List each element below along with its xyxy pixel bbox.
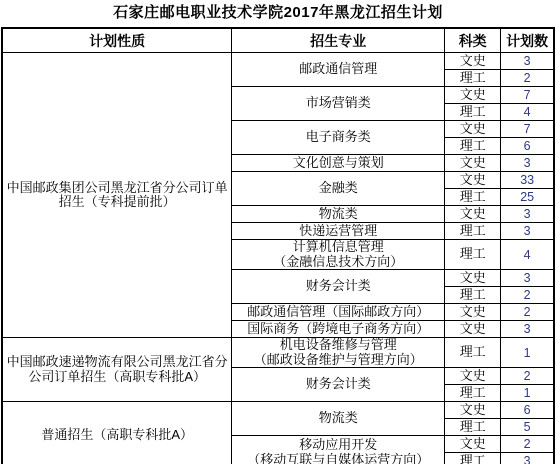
col-header-plan-count: 计划数 (501, 28, 554, 53)
subject-category-cell: 理工 (445, 104, 501, 121)
plan-count-cell: 3 (501, 321, 554, 338)
col-header-major: 招生专业 (232, 28, 445, 53)
plan-count-cell: 1 (501, 385, 554, 402)
subject-category-cell: 文史 (445, 304, 501, 321)
plan-nature-cell: 中国邮政速递物流有限公司黑龙江省分公司订单招生（高职专科批A） (2, 338, 232, 402)
subject-category-cell: 理工 (445, 189, 501, 206)
plan-count-cell: 4 (501, 240, 554, 270)
plan-count-cell: 2 (501, 70, 554, 87)
plan-count-cell: 2 (501, 436, 554, 453)
major-cell: 金融类 (232, 172, 445, 206)
plan-count-cell: 3 (501, 155, 554, 172)
major-cell: 电子商务类 (232, 121, 445, 155)
plan-count-cell: 5 (501, 419, 554, 436)
col-header-plan-nature: 计划性质 (2, 28, 232, 53)
plan-count-cell: 2 (501, 287, 554, 304)
major-cell: 计算机信息管理 （金融信息技术方向） (232, 240, 445, 270)
table-body: 中国邮政集团公司黑龙江省分公司订单招生（专科提前批）邮政通信管理文史3理工2市场… (2, 53, 554, 464)
subject-category-cell: 文史 (445, 121, 501, 138)
subject-category-cell: 理工 (445, 223, 501, 240)
subject-category-cell: 理工 (445, 287, 501, 304)
major-cell: 国际商务（跨境电子商务方向） (232, 321, 445, 338)
subject-category-cell: 文史 (445, 270, 501, 287)
plan-count-cell: 3 (501, 53, 554, 70)
plan-count-cell: 3 (501, 223, 554, 240)
subject-category-cell: 理工 (445, 70, 501, 87)
plan-count-cell: 3 (501, 206, 554, 223)
subject-category-cell: 理工 (445, 138, 501, 155)
major-cell: 物流类 (232, 206, 445, 223)
plan-count-cell: 2 (501, 368, 554, 385)
plan-nature-cell: 中国邮政集团公司黑龙江省分公司订单招生（专科提前批） (2, 53, 232, 338)
subject-category-cell: 理工 (445, 240, 501, 270)
major-cell: 财务会计类 (232, 270, 445, 304)
plan-count-cell: 1 (501, 338, 554, 368)
plan-count-cell: 3 (501, 270, 554, 287)
subject-category-cell: 理工 (445, 419, 501, 436)
major-cell: 快递运营管理 (232, 223, 445, 240)
plan-nature-cell: 普通招生（高职专科批A） (2, 402, 232, 464)
subject-category-cell: 文史 (445, 155, 501, 172)
major-cell: 财务会计类 (232, 368, 445, 402)
subject-category-cell: 理工 (445, 453, 501, 464)
subject-category-cell: 文史 (445, 368, 501, 385)
subject-category-cell: 文史 (445, 53, 501, 70)
plan-count-cell: 33 (501, 172, 554, 189)
subject-category-cell: 文史 (445, 172, 501, 189)
subject-category-cell: 文史 (445, 402, 501, 419)
major-cell: 市场营销类 (232, 87, 445, 121)
plan-count-cell: 2 (501, 304, 554, 321)
table-row: 中国邮政速递物流有限公司黑龙江省分公司订单招生（高职专科批A）机电设备维修与管理… (2, 338, 554, 368)
plan-count-cell: 3 (501, 453, 554, 464)
table-row: 中国邮政集团公司黑龙江省分公司订单招生（专科提前批）邮政通信管理文史3 (2, 53, 554, 70)
plan-count-cell: 6 (501, 138, 554, 155)
col-header-subject-category: 科类 (445, 28, 501, 53)
header-row: 计划性质 招生专业 科类 计划数 (2, 28, 554, 53)
major-cell: 文化创意与策划 (232, 155, 445, 172)
page-title: 石家庄邮电职业技术学院2017年黑龙江招生计划 (0, 0, 556, 27)
table-row: 普通招生（高职专科批A）物流类文史6 (2, 402, 554, 419)
subject-category-cell: 文史 (445, 87, 501, 104)
enrollment-plan-table: 计划性质 招生专业 科类 计划数 中国邮政集团公司黑龙江省分公司订单招生（专科提… (1, 27, 555, 464)
plan-count-cell: 6 (501, 402, 554, 419)
plan-count-cell: 7 (501, 121, 554, 138)
major-cell: 邮政通信管理（国际邮政方向） (232, 304, 445, 321)
major-cell: 移动应用开发 （移动互联与自媒体运营方向） (232, 436, 445, 464)
subject-category-cell: 文史 (445, 436, 501, 453)
plan-count-cell: 25 (501, 189, 554, 206)
plan-count-cell: 7 (501, 87, 554, 104)
major-cell: 物流类 (232, 402, 445, 436)
subject-category-cell: 理工 (445, 385, 501, 402)
subject-category-cell: 文史 (445, 321, 501, 338)
subject-category-cell: 文史 (445, 206, 501, 223)
major-cell: 机电设备维修与管理 （邮政设备维护与管理方向） (232, 338, 445, 368)
plan-count-cell: 4 (501, 104, 554, 121)
subject-category-cell: 理工 (445, 338, 501, 368)
major-cell: 邮政通信管理 (232, 53, 445, 87)
